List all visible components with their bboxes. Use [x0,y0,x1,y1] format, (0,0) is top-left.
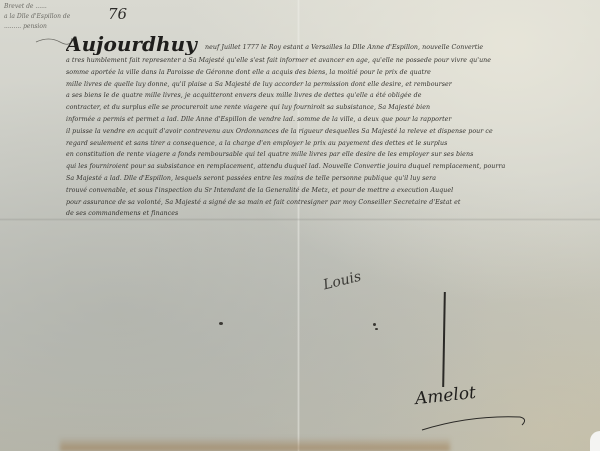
body-line-text: neuf Juillet 1777 le Roy estant a Versai… [205,44,483,51]
torn-corner [590,431,600,451]
ink-speck [375,328,378,330]
king-signature: Louis [322,269,363,294]
margin-note-line: a la Dlle d'Espillon de [4,12,82,22]
bottom-edge-stain [60,437,450,451]
body-line: informée a permis et permet a lad. Dlle … [66,114,586,126]
signature-flourish-icon [410,395,530,435]
folio-number: 76 [108,5,127,23]
body-line: somme aportée la ville dans la Paroisse … [66,67,586,79]
body-line: trouvé convenable, et sous l'inspection … [66,185,586,197]
margin-note-line: Brevet de ...... [4,2,82,12]
margin-annotation: Brevet de ...... a la Dlle d'Espillon de… [4,2,82,32]
body-line: mille livres de quelle luy donne, qu'il … [66,79,586,91]
margin-note-line: ......... pension [4,22,82,32]
document-body: Aujourdhuy neuf Juillet 1777 le Roy esta… [66,33,586,220]
body-line: qui les fourniroient pour sa subsistance… [66,161,586,173]
body-line: de ses commandemens et finances [66,208,586,220]
body-line: en constitution de rente viagere a fonds… [66,149,586,161]
body-line: contracter, et du surplus elle se procur… [66,102,586,114]
body-line-1: Aujourdhuy neuf Juillet 1777 le Roy esta… [66,33,586,55]
body-line: regard seulement et sans tirer a consequ… [66,138,586,150]
incipit: Aujourdhuy [66,33,197,55]
ink-speck [373,323,376,326]
ink-speck [219,322,223,325]
body-line: pour assurance de sa volonté, Sa Majesté… [66,197,586,209]
body-line: a ses biens le de quatre mille livres, j… [66,90,586,102]
signature-paraph-stroke [442,292,445,387]
body-line: il puisse la vendre en acquit d'avoir co… [66,126,586,138]
parchment-document: Brevet de ...... a la Dlle d'Espillon de… [0,0,600,451]
body-line: Sa Majesté a lad. Dlle d'Espillon, lesqu… [66,173,586,185]
body-line: a tres humblement fait representer a Sa … [66,55,586,67]
